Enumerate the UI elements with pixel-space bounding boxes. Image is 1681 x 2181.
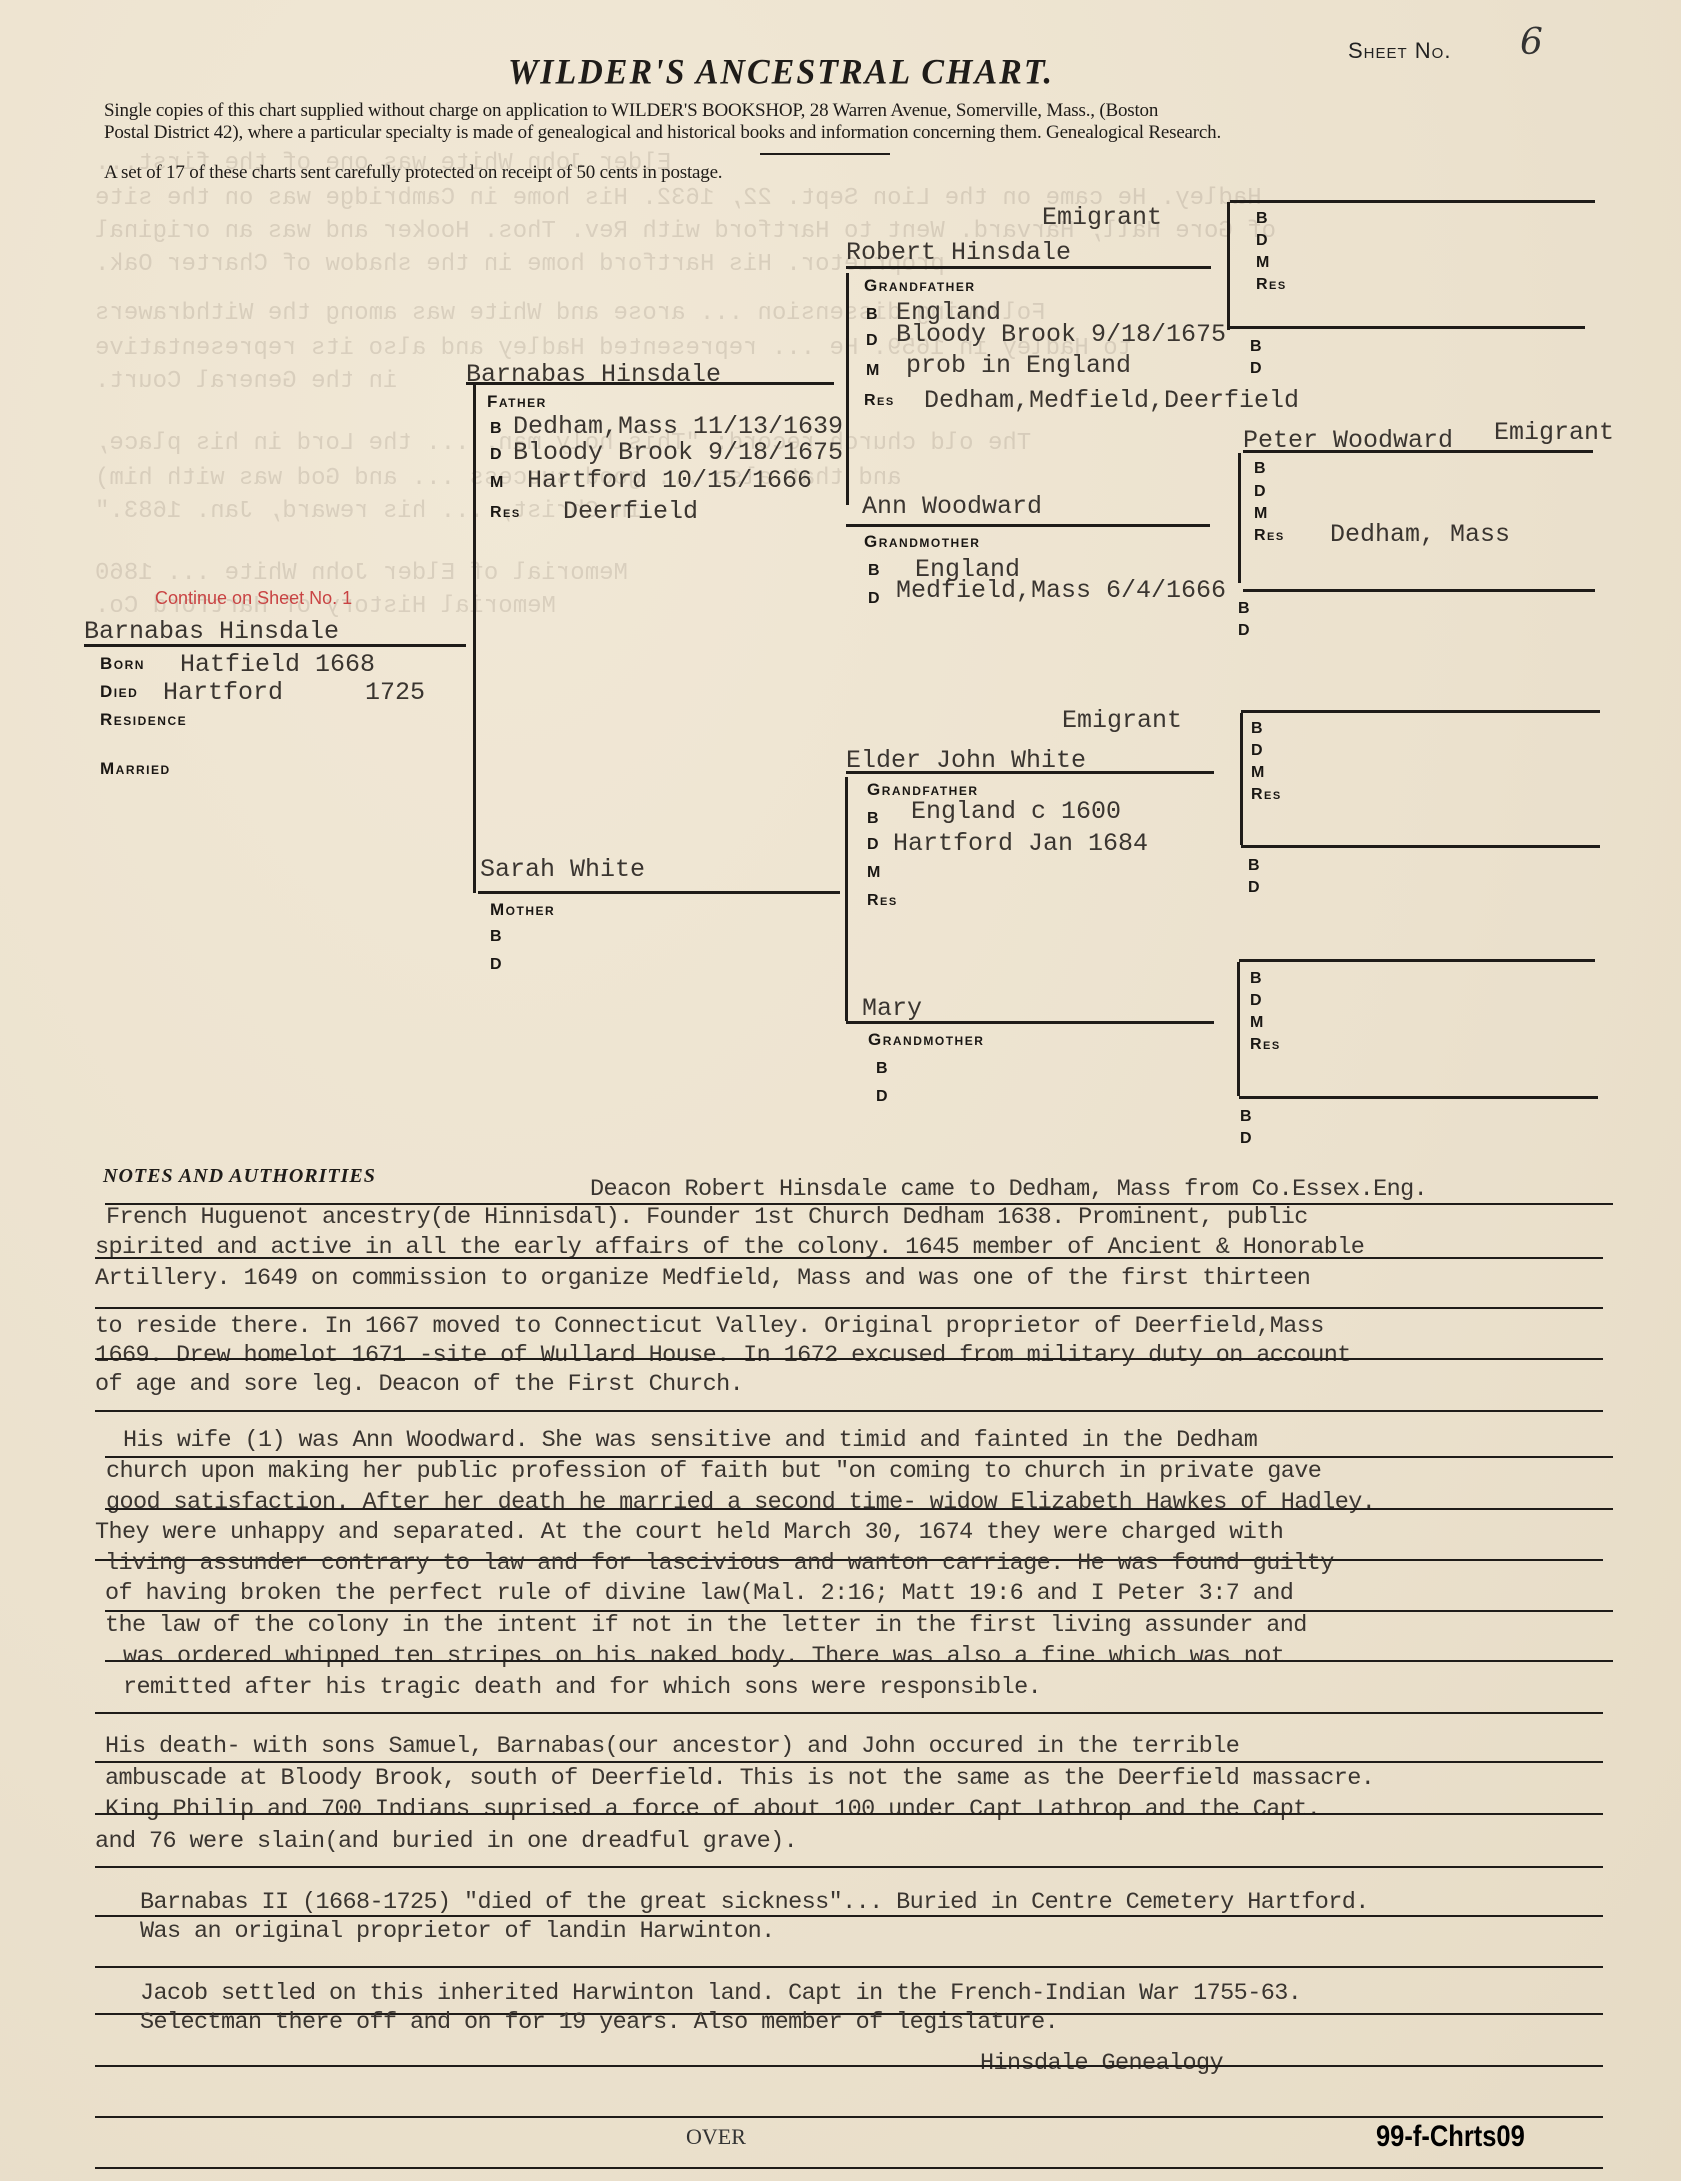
gg4-lower-b-label: B	[1240, 1108, 1253, 1126]
note-line: of age and sore leg. Deacon of the First…	[95, 1371, 743, 1398]
subject-name: Barnabas Hinsdale	[84, 617, 339, 646]
note-line: They were unhappy and separated. At the …	[95, 1519, 1283, 1546]
subject-died-label: Died	[100, 682, 138, 702]
gg2-residence: Dedham, Mass	[1330, 520, 1510, 549]
note-line: and 76 were slain(and buried in one drea…	[95, 1828, 797, 1855]
mother-name-line	[478, 891, 840, 894]
gg4-res-label: Res	[1250, 1036, 1281, 1054]
gg1-lower-d-label: D	[1250, 360, 1263, 378]
maternal-grandfather-tag: Emigrant	[1062, 706, 1182, 735]
header-divider	[760, 153, 890, 155]
subject-name-line	[84, 644, 466, 647]
mgf-d-label: D	[867, 836, 880, 854]
note-line: French Huguenot ancestry(de Hinnisdal). …	[106, 1204, 1308, 1231]
father-res-label: Res	[490, 504, 521, 522]
notes-title: NOTES AND AUTHORITIES	[103, 1165, 376, 1188]
note-line: of having broken the perfect rule of div…	[105, 1580, 1293, 1607]
note-line: 1669. Drew homelot 1671 -site of Wullard…	[95, 1342, 1351, 1369]
paternal-grandfather-tag: Emigrant	[1042, 203, 1162, 232]
maternal-grandmother-role: Grandmother	[868, 1030, 984, 1050]
note-source: Hinsdale Genealogy	[980, 2050, 1223, 2077]
gg1-b-label: B	[1256, 210, 1269, 228]
note-line: the law of the colony in the intent if n…	[105, 1612, 1307, 1639]
gg3-bracket	[1240, 713, 1243, 845]
gg1-m-label: M	[1256, 254, 1271, 272]
note-line: was ordered whipped ten stripes on his n…	[123, 1643, 1284, 1670]
paternal-grandmother-name-line	[846, 524, 1210, 527]
gg1-top-line	[1230, 200, 1595, 203]
subject-married-label: Married	[100, 759, 171, 779]
gg4-bottom-line	[1239, 1096, 1598, 1099]
gg1-bottom-line	[1230, 326, 1585, 329]
gg1-d-label: D	[1256, 232, 1269, 250]
page-title: WILDER'S ANCESTRAL CHART.	[508, 53, 1054, 93]
gg4-bracket	[1237, 962, 1240, 1096]
mgm-d-label: D	[876, 1088, 889, 1106]
pgf-m-label: M	[866, 362, 881, 380]
gg4-lower-d-label: D	[1240, 1130, 1253, 1148]
gg2-bottom-line	[1243, 589, 1595, 592]
mgf-b-label: B	[867, 810, 880, 828]
gg2-res-label: Res	[1254, 527, 1285, 545]
paternal-grandfather-role: Grandfather	[864, 276, 976, 296]
ghost-line: Memorial of Elder John White ... 1860	[95, 560, 628, 587]
gg2-m-label: M	[1254, 505, 1269, 523]
document-code: 99-f-Chrts09	[1376, 2120, 1525, 2154]
subject-born-value: Hatfield 1668	[180, 650, 375, 679]
pgm-d-label: D	[868, 590, 881, 608]
gg3-top-line	[1241, 710, 1600, 713]
gg3-d-label: D	[1251, 742, 1264, 760]
gg1-res-label: Res	[1256, 276, 1287, 294]
mgf-m-label: M	[867, 864, 882, 882]
gg4-b-label: B	[1250, 970, 1263, 988]
gg1-lower-b-label: B	[1250, 338, 1263, 356]
mother-d-label: D	[490, 956, 503, 974]
paternal-grandfather-name: Robert Hinsdale	[846, 238, 1071, 267]
maternal-grandfather-birth: England c 1600	[911, 797, 1121, 826]
father-d-label: D	[490, 446, 503, 464]
paternal-grandfather-death: Bloody Brook 9/18/1675	[896, 320, 1226, 349]
gg2-top-line	[1243, 450, 1593, 453]
note-line: Deacon Robert Hinsdale came to Dedham, M…	[590, 1176, 1427, 1203]
mgf-res-label: Res	[867, 892, 898, 910]
pgm-b-label: B	[868, 562, 881, 580]
note-line: Barnabas II (1668-1725) "died of the gre…	[140, 1889, 1369, 1916]
gg2-bracket	[1238, 453, 1241, 583]
paternal-grandmother-death: Medfield,Mass 6/4/1666	[896, 576, 1226, 605]
subject-born-label: Born	[100, 654, 145, 674]
note-line: living assunder contrary to law and for …	[105, 1550, 1334, 1577]
gg2-lower-d-label: D	[1238, 622, 1251, 640]
father-name-line	[466, 382, 834, 385]
pgf-b-label: B	[866, 306, 879, 324]
gg3-lower-d-label: D	[1248, 879, 1261, 897]
note-line: His death- with sons Samuel, Barnabas(ou…	[105, 1733, 1239, 1760]
paternal-grandmother-name: Ann Woodward	[862, 492, 1042, 521]
subject-residence-label: Residence	[100, 710, 187, 730]
intro-text-line-1: Single copies of this chart supplied wit…	[104, 100, 1158, 122]
gg2-lower-b-label: B	[1238, 600, 1251, 618]
mother-name: Sarah White	[480, 855, 645, 884]
note-line: Was an original proprietor of landin Har…	[140, 1918, 775, 1945]
set-info-text: A set of 17 of these charts sent careful…	[104, 162, 722, 184]
gg3-m-label: M	[1251, 764, 1266, 782]
gg4-top-line	[1239, 959, 1595, 962]
father-death: Bloody Brook 9/18/1675	[513, 438, 843, 467]
sheet-number-value: 6	[1520, 22, 1543, 63]
sheet-number-label: Sheet No.	[1348, 38, 1451, 64]
paternal-grandfather-name-line	[846, 266, 1211, 269]
maternal-grandfather-name-line	[846, 771, 1214, 774]
ghost-line: in the General Court.	[95, 368, 397, 395]
note-line: good satisfaction. After her death he ma…	[106, 1489, 1375, 1516]
pgf-res-label: Res	[864, 392, 895, 410]
intro-text-line-2: Postal District 42), where a particular …	[104, 122, 1221, 144]
father-b-label: B	[490, 420, 503, 438]
note-line: Jacob settled on this inherited Harwinto…	[140, 1980, 1301, 2007]
paternal-grandfather-marriage: prob in England	[906, 351, 1131, 380]
paternal-grandfather-residence: Dedham,Medfield,Deerfield	[924, 386, 1299, 415]
note-line: Artillery. 1649 on commission to organiz…	[95, 1265, 1310, 1292]
gg3-bottom-line	[1241, 845, 1600, 848]
gg4-d-label: D	[1250, 992, 1263, 1010]
maternal-grandmother-name: Mary	[862, 994, 922, 1023]
gg3-b-label: B	[1251, 720, 1264, 738]
gg1-bracket	[1227, 202, 1230, 330]
subject-died-year: 1725	[365, 678, 425, 707]
gg4-m-label: M	[1250, 1014, 1265, 1032]
paternal-bracket	[846, 273, 849, 505]
mother-b-label: B	[490, 928, 503, 946]
maternal-grandmother-name-line	[846, 1021, 1214, 1024]
parents-bracket	[473, 383, 476, 893]
ghost-line: proprietor. His Hartford home in the sha…	[95, 251, 945, 278]
gg3-res-label: Res	[1251, 786, 1282, 804]
gg2-b-label: B	[1254, 460, 1267, 478]
father-marriage: Hartford 10/15/1666	[527, 466, 812, 495]
paternal-grandmother-role: Grandmother	[864, 532, 980, 552]
gg2-tag: Emigrant	[1494, 418, 1614, 447]
continue-note: Continue on Sheet No. 1	[155, 588, 352, 609]
note-line: King Philip and 700 Indians suprised a f…	[105, 1796, 1320, 1823]
note-line: Selectman there off and on for 19 years.…	[140, 2009, 1058, 2036]
note-line: ambuscade at Bloody Brook, south of Deer…	[105, 1765, 1374, 1792]
father-birth: Dedham,Mass 11/13/1639	[513, 412, 843, 441]
gg2-d-label: D	[1254, 483, 1267, 501]
father-m-label: M	[490, 474, 505, 492]
maternal-bracket	[845, 777, 848, 1021]
note-line: His wife (1) was Ann Woodward. She was s…	[123, 1427, 1257, 1454]
over-label: OVER	[686, 2124, 746, 2150]
pgf-d-label: D	[866, 332, 879, 350]
note-line: remitted after his tragic death and for …	[123, 1674, 1041, 1701]
note-line: church upon making her public profession…	[106, 1458, 1321, 1485]
subject-died-place: Hartford	[163, 678, 283, 707]
mgm-b-label: B	[876, 1060, 889, 1078]
maternal-grandfather-death: Hartford Jan 1684	[893, 829, 1148, 858]
gg3-lower-b-label: B	[1248, 857, 1261, 875]
father-residence: Deerfield	[563, 497, 698, 526]
mother-role-label: Mother	[490, 900, 555, 920]
note-line: to reside there. In 1667 moved to Connec…	[95, 1313, 1324, 1340]
father-role-label: Father	[487, 392, 547, 412]
